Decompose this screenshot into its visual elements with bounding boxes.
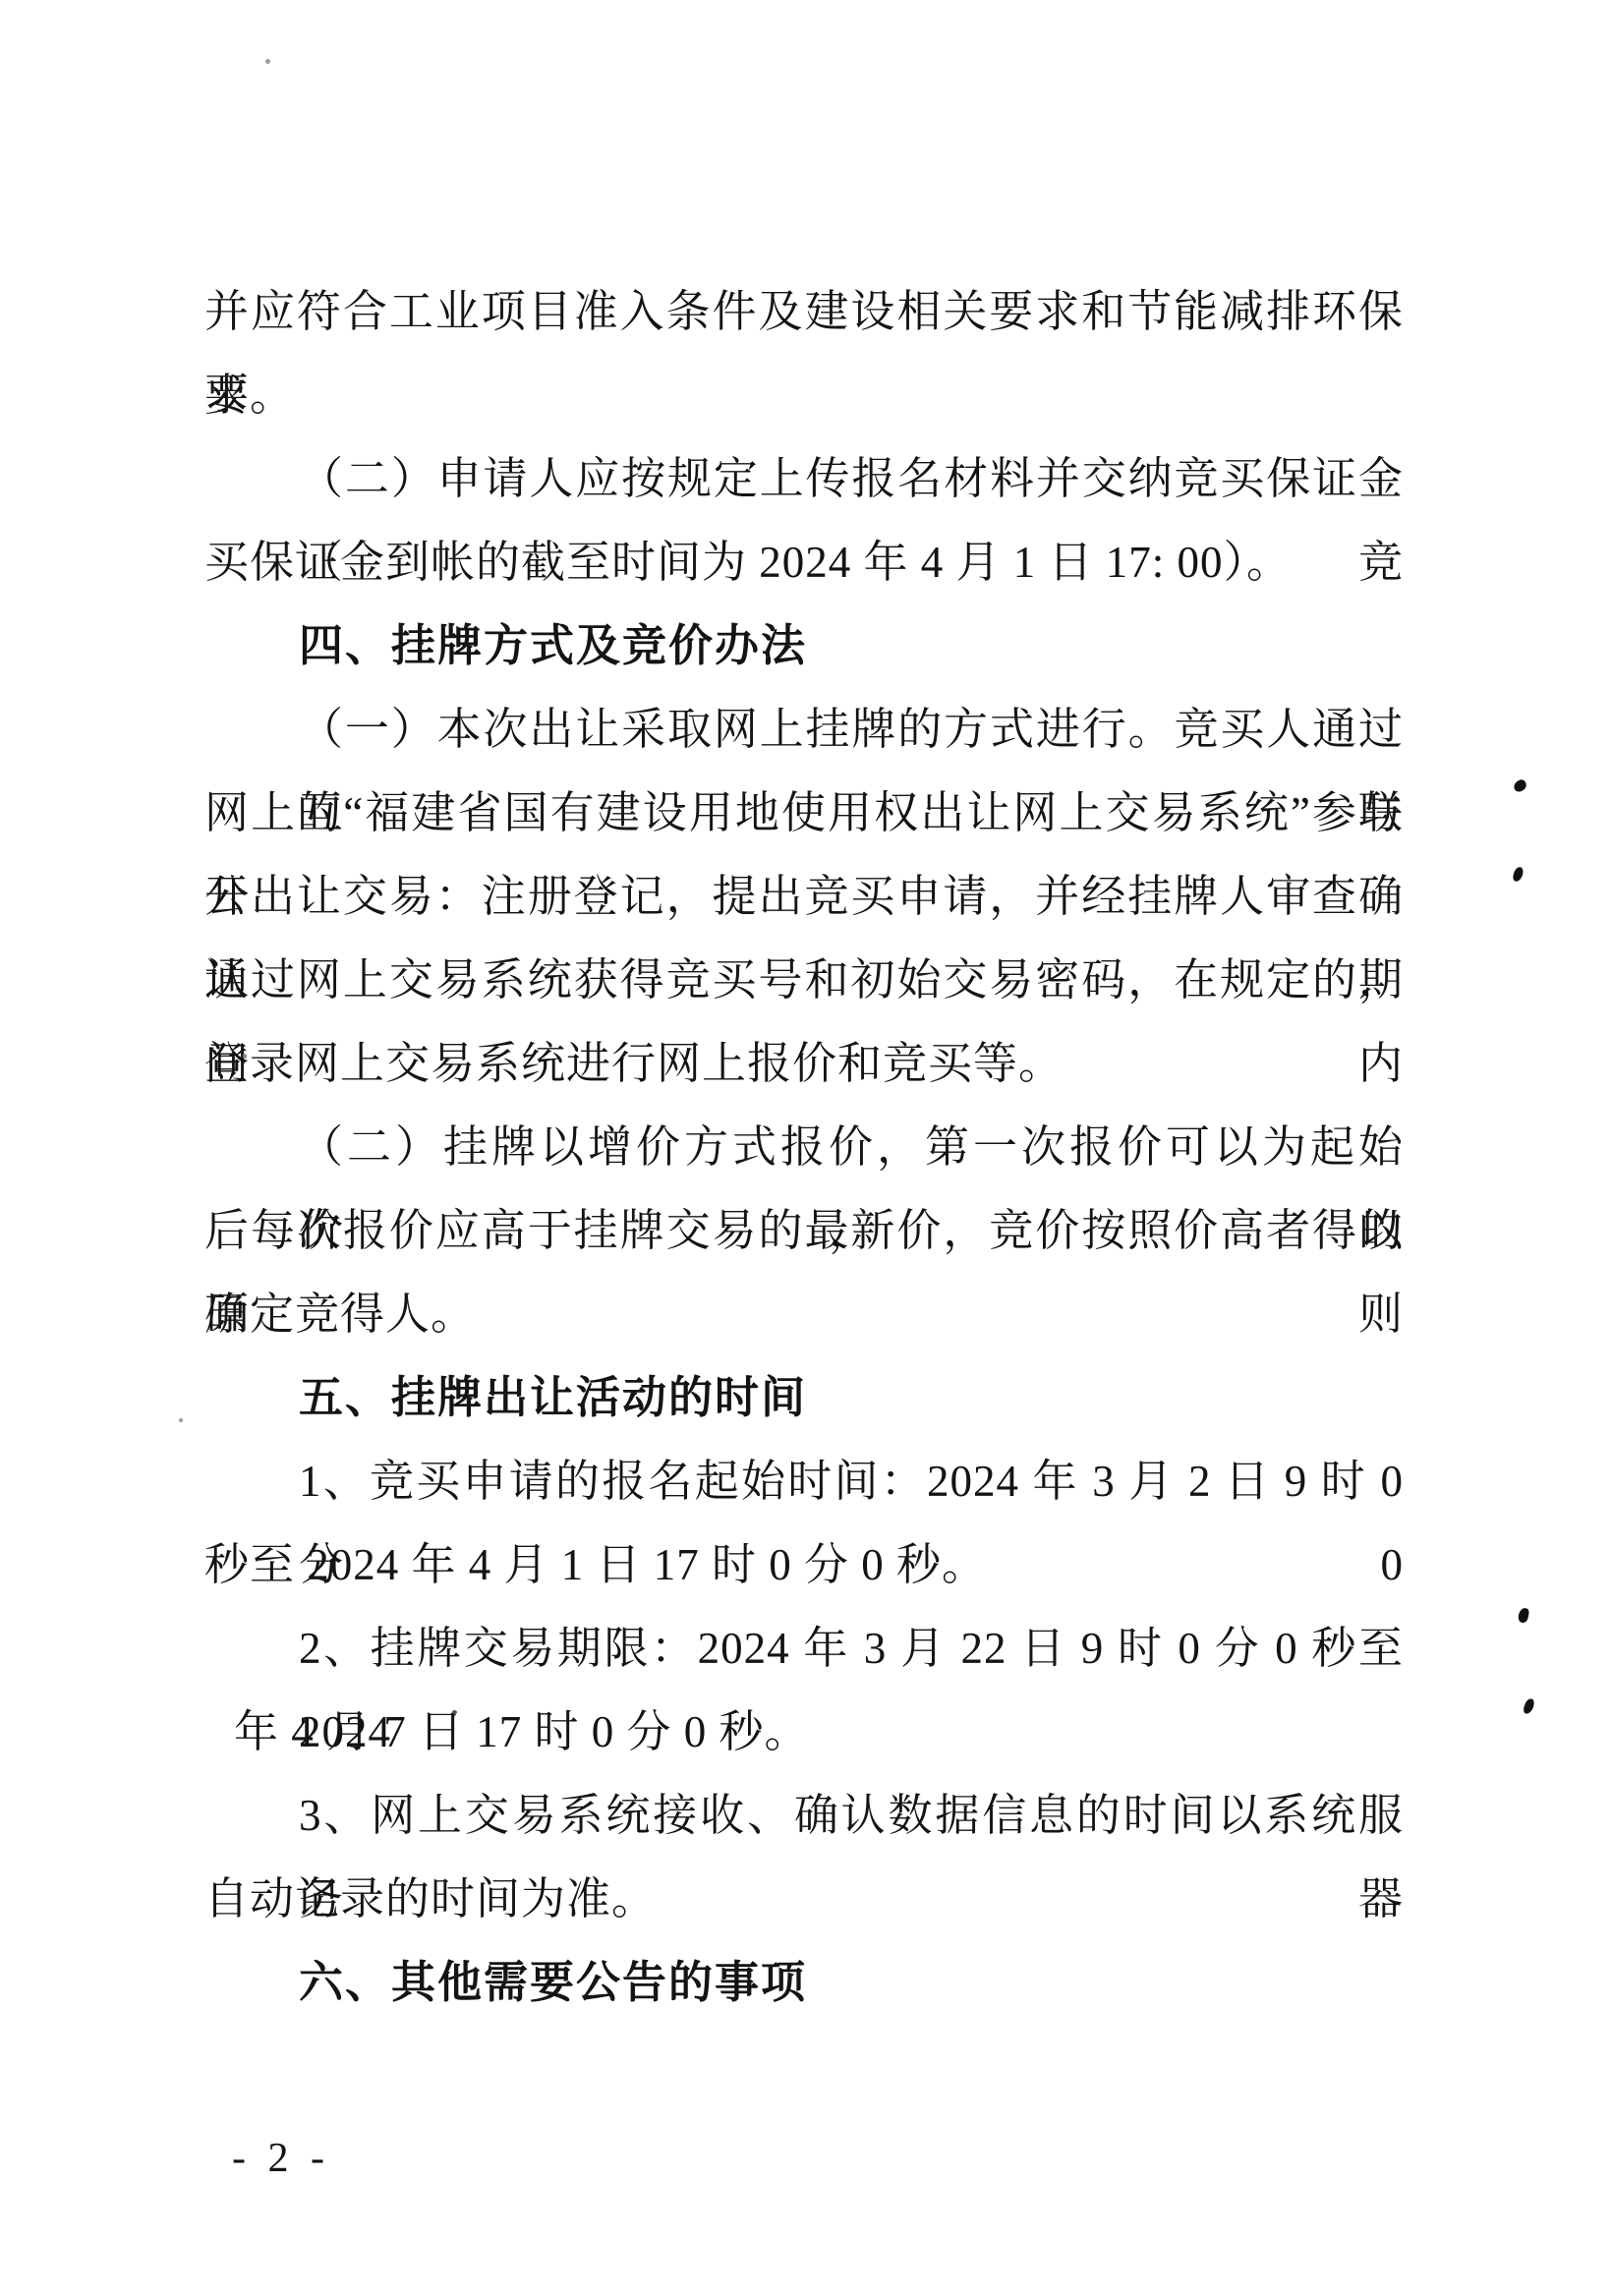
ink-speck [243, 1054, 247, 1059]
text-line: 2、挂牌交易期限：2024 年 3 月 22 日 9 时 0 分 0 秒至 20… [204, 1607, 1404, 1691]
page-number: - 2 - [232, 2135, 330, 2182]
text-line: 通过网上交易系统获得竞买号和初始交易密码，在规定的期间内 [204, 939, 1404, 1022]
text-line: （二）申请人应按规定上传报名材料并交纳竞买保证金（竞 [204, 437, 1404, 521]
ink-speck [1512, 866, 1525, 883]
text-line: 并应符合工业项目准入条件及建设相关要求和节能减排环保要 [204, 270, 1404, 354]
ink-speck [1512, 778, 1527, 793]
text-line: 年 4 月 7 日 17 时 0 分 0 秒。 [204, 1691, 1404, 1774]
section-heading-6: 六、其他需要公告的事项 [204, 1941, 1404, 2025]
text-line: （二）挂牌以增价方式报价，第一次报价可以为起始价，以 [204, 1106, 1404, 1189]
ink-speck [1523, 1697, 1536, 1715]
text-line: 买保证金到帐的截至时间为 2024 年 4 月 1 日 17: 00）。 [204, 521, 1404, 604]
text-line: 网上的“福建省国有建设用地使用权出让网上交易系统”参与公 [204, 772, 1404, 855]
text-line: 开出让交易：注册登记，提出竞买申请，并经挂牌人审查确认， [204, 855, 1404, 939]
document-body: 并应符合工业项目准入条件及建设相关要求和节能减排环保要 求。 （二）申请人应按规… [204, 270, 1404, 2025]
text-line: 求。 [204, 354, 1404, 437]
ink-speck [452, 1710, 457, 1714]
section-heading-5: 五、挂牌出让活动的时间 [204, 1356, 1404, 1440]
scanned-document-page: 并应符合工业项目准入条件及建设相关要求和节能减排环保要 求。 （二）申请人应按规… [0, 0, 1611, 2296]
ink-speck [179, 1418, 183, 1422]
text-line: 1、竞买申请的报名起始时间：2024 年 3 月 2 日 9 时 0 分 0 [204, 1440, 1404, 1523]
ink-speck [1518, 1607, 1529, 1624]
section-heading-4: 四、挂牌方式及竞价办法 [204, 604, 1404, 688]
text-line: 后每次报价应高于挂牌交易的最新价，竞价按照价高者得的原则 [204, 1189, 1404, 1273]
text-line: 3、网上交易系统接收、确认数据信息的时间以系统服务器 [204, 1774, 1404, 1858]
ink-speck [265, 59, 270, 64]
text-line: （一）本次出让采取网上挂牌的方式进行。竞买人通过互联 [204, 688, 1404, 772]
